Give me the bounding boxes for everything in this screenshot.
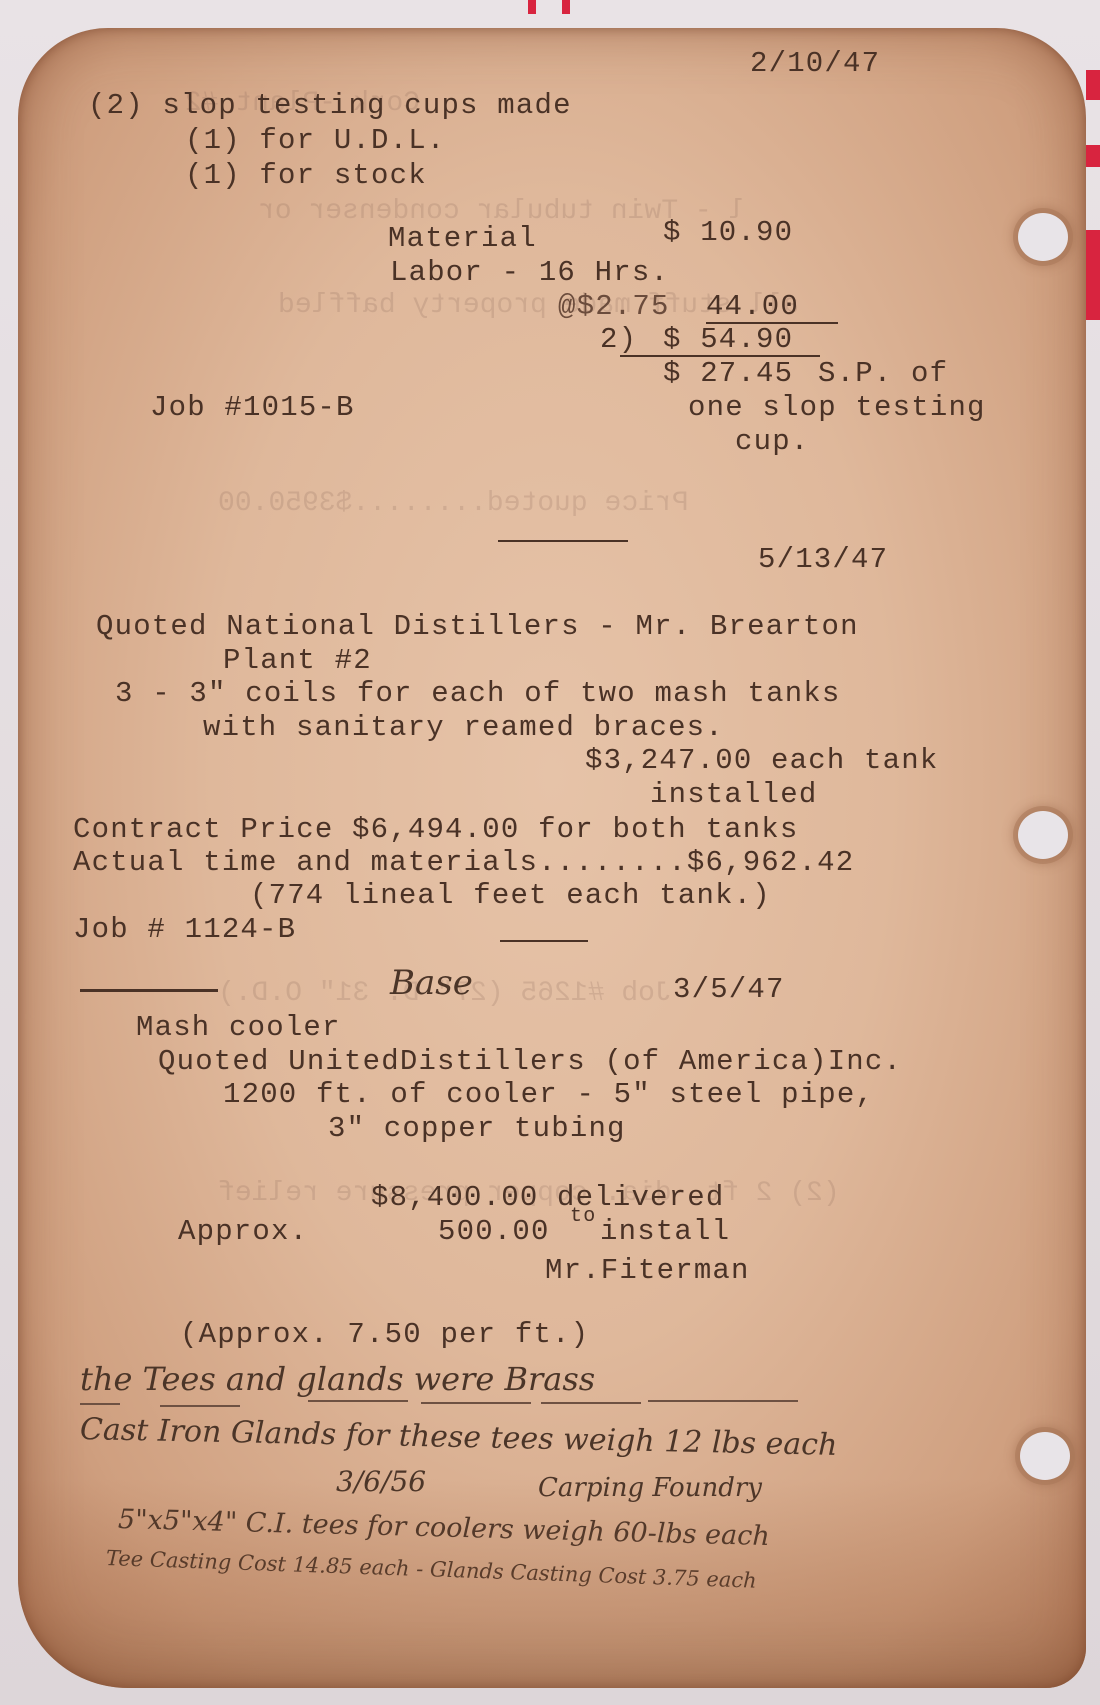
punch-hole xyxy=(1018,213,1068,261)
entry-3-line-1: Mash cooler xyxy=(136,1013,341,1042)
entry-3-line-2: Quoted UnitedDistillers (of America)Inc. xyxy=(158,1047,902,1076)
entry-1-line-2: (1) for U.D.L. xyxy=(185,126,445,155)
entry-2-line-1: Quoted National Distillers - Mr. Brearto… xyxy=(96,612,859,641)
punch-hole xyxy=(1018,811,1068,859)
labor-value: 44.00 xyxy=(706,292,799,321)
punch-hole xyxy=(1020,1432,1070,1480)
installed-label: installed xyxy=(650,780,817,809)
handwritten-underline xyxy=(541,1402,641,1404)
approx-label: Approx. xyxy=(178,1217,308,1246)
material-label: Material xyxy=(388,224,537,253)
labor-label: Labor - 16 Hrs. xyxy=(390,258,669,287)
install-to: to xyxy=(570,1207,596,1227)
lineal-feet: (774 lineal feet each tank.) xyxy=(250,881,771,910)
divisor: 2) xyxy=(600,325,637,354)
entry-2-date: 5/13/47 xyxy=(758,545,888,574)
contact-name: Mr.Fiterman xyxy=(545,1256,750,1285)
price-per-foot: (Approx. 7.50 per ft.) xyxy=(180,1320,589,1349)
handwritten-note-2: Cast Iron Glands for these tees weigh 12… xyxy=(80,1415,838,1461)
entry-1-line-1: (2) slop testing cups made xyxy=(88,91,572,120)
handwritten-underline xyxy=(80,1403,120,1405)
red-mark xyxy=(562,0,570,14)
entry-2-line-4: with sanitary reamed braces. xyxy=(203,713,724,742)
entry-1-line-3: (1) for stock xyxy=(185,161,427,190)
entry-3-line-3: 1200 ft. of cooler - 5" steel pipe, xyxy=(223,1080,874,1109)
handwritten-underline xyxy=(160,1405,240,1407)
handwritten-date: 3/6/56 xyxy=(336,1468,426,1496)
struck-line xyxy=(80,989,218,992)
handwritten-base-tag: Base xyxy=(390,966,473,1000)
subtotal-value: $ 54.90 xyxy=(663,325,793,354)
index-card: Cork -Plant #2. l - Twin tubular condens… xyxy=(18,28,1086,1688)
result-note-3: cup. xyxy=(735,427,809,456)
section-divider xyxy=(498,540,628,542)
red-mark xyxy=(1086,230,1100,320)
entry-2-line-2: Plant #2 xyxy=(223,646,372,675)
entry-2-job-number: Job # 1124-B xyxy=(73,915,296,944)
entry-3-date: 3/5/47 xyxy=(673,975,785,1004)
red-mark xyxy=(1086,145,1100,167)
contract-price: Contract Price $6,494.00 for both tanks xyxy=(73,815,799,844)
entry-1-date: 2/10/47 xyxy=(750,49,880,78)
entry-3-line-4: 3" copper tubing xyxy=(328,1114,626,1143)
delivered-price: $8,400.00 delivered xyxy=(371,1183,724,1212)
price-each-tank: $3,247.00 each tank xyxy=(585,746,938,775)
section-divider xyxy=(500,940,588,942)
handwritten-underline xyxy=(308,1400,408,1402)
handwritten-underline xyxy=(421,1402,531,1404)
result-note-2: one slop testing xyxy=(688,393,986,422)
result-value: $ 27.45 xyxy=(663,359,793,388)
red-mark xyxy=(528,0,536,14)
install-label: install xyxy=(600,1217,730,1246)
entry-1-job-number: Job #1015-B xyxy=(150,393,355,422)
entry-2-line-3: 3 - 3" coils for each of two mash tanks xyxy=(115,679,841,708)
handwritten-note-4: Tee Casting Cost 14.85 each - Glands Cas… xyxy=(106,1548,757,1592)
labor-rate: @$2.75 xyxy=(558,292,670,321)
handwritten-foundry: Carping Foundry xyxy=(538,1475,762,1501)
handwritten-note-1: the Tees and glands were Brass xyxy=(80,1363,595,1395)
handwritten-underline xyxy=(648,1400,798,1402)
handwritten-note-3: 5"x5"x4" C.I. tees for coolers weigh 60-… xyxy=(118,1506,770,1550)
result-note-1: S.P. of xyxy=(818,359,948,388)
actual-cost: Actual time and materials........$6,962.… xyxy=(73,848,854,877)
red-mark xyxy=(1086,70,1100,100)
material-value: $ 10.90 xyxy=(663,218,793,247)
bleed-through-text: Price quoted........$3950.00 xyxy=(218,488,688,519)
install-value: 500.00 xyxy=(438,1217,550,1246)
